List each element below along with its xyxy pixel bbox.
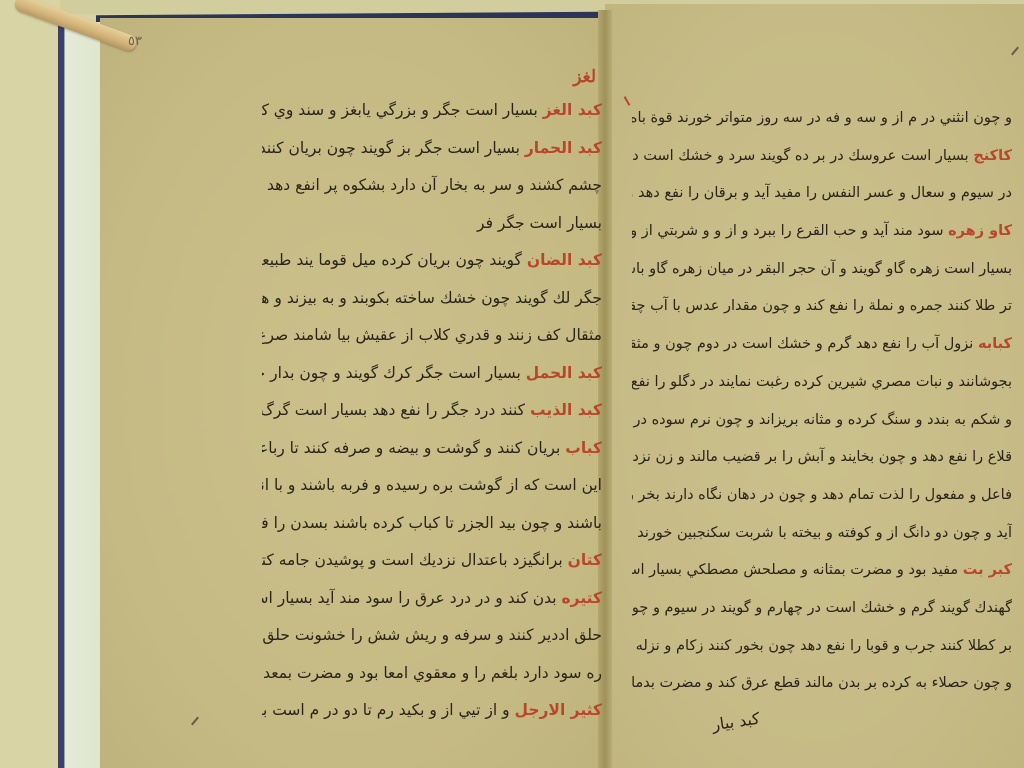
rubric-heading: كبد الحمل [526, 364, 602, 382]
line-text: كنند درد جگر را نفع دهد بسيار است گرگ گو… [262, 401, 525, 419]
manuscript-line: و چون حصلاء به كرده بر بدن مالند قطع عرق… [632, 665, 1012, 703]
manuscript-line: آيد و چون دو دانگ از و كوفته و بيخته با … [632, 515, 1012, 553]
manuscript-line: تر طلا كنند جمره و نملة را نفع كند و چون… [632, 288, 1012, 326]
section-heading: لغز [262, 62, 602, 92]
line-text: بدن كند و در درد عرق را سود مند آيد بسيا… [262, 589, 557, 607]
rubric-heading: كتيره [562, 589, 602, 607]
manuscript-line: بسيار است جگر فر [262, 205, 602, 243]
line-text: و چون حصلاء به كرده بر بدن مالند قطع عرق… [632, 675, 1012, 691]
line-text: بسيار است جگر فر [477, 214, 602, 232]
line-text: اين است كه از گوشت بره رسيده و فربه باشن… [262, 476, 602, 494]
rubric-heading: كثير الارجل [515, 701, 603, 719]
line-text: جگر لك گويند چون خشك ساخته بكوبند و به ب… [262, 289, 602, 307]
line-text: باشند و چون بيد الجزر تا كباب كرده باشند… [262, 514, 602, 532]
manuscript-line: كتان برانگيزد باعتدال نزديك است و پوشيدن… [262, 542, 602, 580]
line-text: بسيار است جگر بز گويند چون بريان كنند كه… [262, 139, 520, 157]
manuscript-line: كبابه نزول آب را نفع دهد گرم و خشك است د… [632, 326, 1012, 364]
line-text: بسيار است جگر كرك گويند و چون بدار جني ب… [262, 364, 521, 382]
folio-number: ٥٣ [128, 34, 142, 49]
line-text: قلاع را نفع دهد و چون بخايند و آبش را بر… [632, 449, 1012, 465]
rubric-heading: كباب [565, 439, 602, 457]
manuscript-line: در سيوم و سعال و عسر النفس را مفيد آيد و… [632, 175, 1012, 213]
line-text: فاعل و مفعول را لذت تمام دهد و چون در ده… [632, 487, 1012, 503]
line-text: مثقال كف زنند و قدري كلاب از عقيش بيا شا… [262, 326, 602, 344]
line-text: حلق اددير كنند و سرفه و ريش شش را خشونت … [262, 626, 602, 644]
line-text: بسيار است جگر و بزرگي يابغز و سند وي كلج… [262, 101, 538, 119]
line-text: بر كطلا كنند جرب و قوبا را نفع دهد چون ب… [632, 638, 1012, 654]
rubric-heading: كبر بت [963, 562, 1012, 578]
line-text: بسيار است زهره گاو گويند و آن حجر البقر … [632, 261, 1012, 277]
manuscript-line: بر كطلا كنند جرب و قوبا را نفع دهد چون ب… [632, 628, 1012, 666]
manuscript-line: كتيره بدن كند و در درد عرق را سود مند آي… [262, 580, 602, 618]
line-text: بجوشانند و نبات مصري شيرين كرده رغبت نما… [632, 374, 1012, 390]
manuscript-line: كبد الغز بسيار است جگر و بزرگي يابغز و س… [262, 92, 602, 130]
line-text: بسيار است عروسك در بر ده گويند سرد و خشك… [632, 148, 969, 164]
left-page-text: لغز كبد الغز بسيار است جگر و بزرگي يابغز… [262, 62, 602, 730]
manuscript-line: كبد الحمل بسيار است جگر كرك گويند و چون … [262, 355, 602, 393]
manuscript-line: ره سود دارد بلغم را و معقوي امعا بود و م… [262, 655, 602, 693]
rubric-heading: كاكنج [973, 148, 1012, 164]
manuscript-line: و چون انثني در م از و سه و فه در سه روز … [632, 100, 1012, 138]
line-text: ره سود دارد بلغم را و معقوي امعا بود و م… [262, 664, 602, 682]
manuscript-line: چشم كشند و سر به بخار آن دارد بشكوه پر ا… [262, 167, 602, 205]
line-text: و چون انثني در م از و سه و فه در سه روز … [632, 110, 1012, 126]
manuscript-line: اين است كه از گوشت بره رسيده و فربه باشن… [262, 467, 602, 505]
manuscript-line: قلاع را نفع دهد و چون بخايند و آبش را بر… [632, 439, 1012, 477]
rubric-heading: كاو زهره [948, 223, 1012, 239]
line-text: سود مند آيد و حب القرع را ببرد و از و و … [632, 223, 943, 239]
rubric-heading: كبد الضان [527, 251, 602, 269]
rubric-heading: كبد الحمار [525, 139, 602, 157]
manuscript-line: و شكم به بندد و سنگ كرده و مثانه بريزاند… [632, 402, 1012, 440]
line-text: چشم كشند و سر به بخار آن دارد بشكوه پر ا… [267, 176, 602, 194]
rubric-heading: كبابه [978, 336, 1012, 352]
manuscript-line: كثير الارجل و از تيي از و بكيد رم تا دو … [262, 692, 602, 730]
manuscript-line: كبر بت مفيد بود و مضرت بمثانه و مصلحش مص… [632, 552, 1012, 590]
manuscript-line: كبد الضان گويند چون بريان كرده ميل قوما … [262, 242, 602, 280]
line-text: مفيد بود و مضرت بمثانه و مصلحش مصطكي بسي… [632, 562, 958, 578]
manuscript-line: كاو زهره سود مند آيد و حب القرع را ببرد … [632, 213, 1012, 251]
rubric-heading: كبد الذيب [530, 401, 602, 419]
line-text: آيد و چون دو دانگ از و كوفته و بيخته با … [632, 525, 1012, 541]
manuscript-line: بسيار است زهره گاو گويند و آن حجر البقر … [632, 251, 1012, 289]
right-page-text: و چون انثني در م از و سه و فه در سه روز … [632, 100, 1012, 703]
manuscript-line: بجوشانند و نبات مصري شيرين كرده رغبت نما… [632, 364, 1012, 402]
manuscript-line: كباب بريان كنند و گوشت و بيضه و صرفه كنن… [262, 430, 602, 468]
line-text: در سيوم و سعال و عسر النفس را مفيد آيد و… [632, 185, 1012, 201]
manuscript-line: باشند و چون بيد الجزر تا كباب كرده باشند… [262, 505, 602, 543]
manuscript-line: كبد الذيب كنند درد جگر را نفع دهد بسيار … [262, 392, 602, 430]
line-text: بريان كنند و گوشت و بيضه و صرفه كنند تا … [262, 439, 560, 457]
line-text: گهندك گويند گرم و خشك است در چهارم و گوي… [632, 600, 1012, 616]
line-text: تر طلا كنند جمره و نملة را نفع كند و چون… [632, 298, 1012, 314]
line-text: برانگيزد باعتدال نزديك است و پوشيدن جامه… [262, 551, 563, 569]
flyleaf [64, 22, 101, 768]
manuscript-line: مثقال كف زنند و قدري كلاب از عقيش بيا شا… [262, 317, 602, 355]
manuscript-line: جگر لك گويند چون خشك ساخته بكوبند و به ب… [262, 280, 602, 318]
line-text: نزول آب را نفع دهد گرم و خشك است در دوم … [632, 336, 973, 352]
manuscript-line: كاكنج بسيار است عروسك در بر ده گويند سرد… [632, 138, 1012, 176]
rubric-heading: كبد الغز [543, 101, 602, 119]
rubric-heading: كتان [568, 551, 602, 569]
manuscript-line: فاعل و مفعول را لذت تمام دهد و چون در ده… [632, 477, 1012, 515]
manuscript-line: حلق اددير كنند و سرفه و ريش شش را خشونت … [262, 617, 602, 655]
line-text: و از تيي از و بكيد رم تا دو در م است بسف… [262, 701, 510, 719]
line-text: گويند چون بريان كرده ميل قوما يند طبيعت … [262, 251, 522, 269]
line-text: و شكم به بندد و سنگ كرده و مثانه بريزاند… [632, 412, 1012, 428]
manuscript-line: گهندك گويند گرم و خشك است در چهارم و گوي… [632, 590, 1012, 628]
manuscript-line: كبد الحمار بسيار است جگر بز گويند چون بر… [262, 130, 602, 168]
